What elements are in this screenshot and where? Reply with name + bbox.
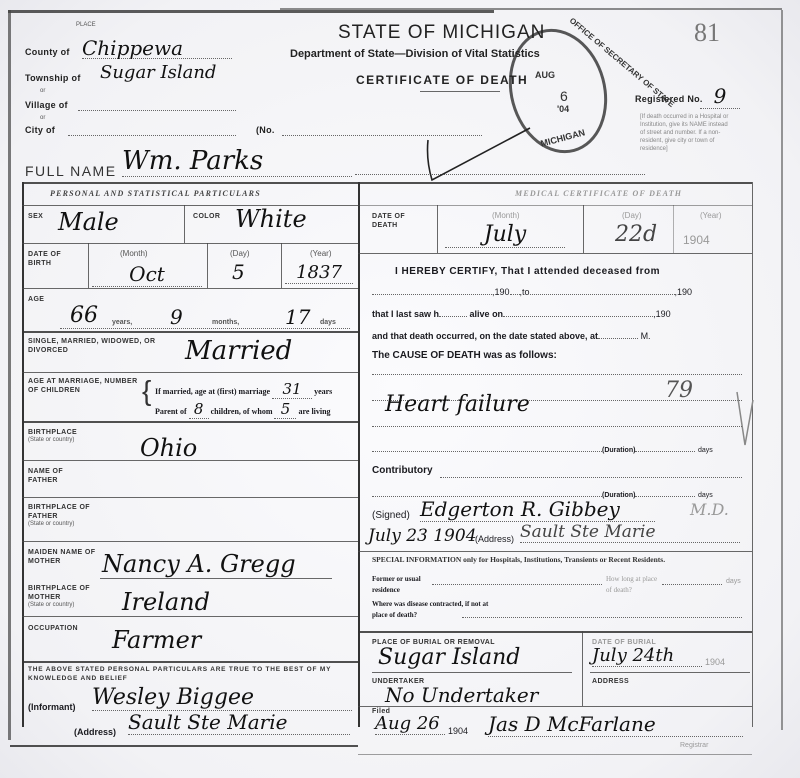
corner-number: 81 [694, 18, 720, 48]
dod-label: DEATH [372, 221, 398, 230]
checkmark-icon [420, 120, 540, 185]
filed-year: 1904 [448, 726, 468, 736]
death-certificate: PLACE County of Chippewa Township of Sug… [0, 0, 800, 778]
rule-v [88, 243, 89, 288]
registered-value: 9 [700, 84, 740, 109]
former-residence-label: Former or usual residence [372, 574, 432, 596]
occupation-value: Farmer [112, 626, 201, 654]
attended-to-field [530, 294, 675, 295]
father-birthplace-value [110, 505, 340, 519]
age-days-label: days [320, 319, 336, 326]
rule [22, 372, 358, 373]
border-top-right [280, 8, 782, 10]
disease-contracted-field [462, 617, 742, 618]
dob-month-label: (Month) [120, 250, 148, 257]
marriage-line1: If married, age at (first) marriage 31 y… [155, 380, 332, 399]
days-label-1: days [698, 447, 713, 454]
age-label: AGE [28, 295, 44, 304]
rule [22, 205, 358, 206]
contributory-label: Contributory [372, 465, 433, 476]
how-long-label: How long at place of death? [606, 574, 661, 596]
father-birthplace-sub: (State or country) [28, 521, 74, 528]
age-days-value: 17 [285, 305, 310, 329]
marital-label: SINGLE, MARRIED, WIDOWED, OR DIVORCED [28, 337, 178, 355]
death-occurred-label: and that death occurred, on the date sta… [372, 331, 598, 341]
informant-address-value: Sault Ste Marie [128, 710, 350, 735]
rule [22, 616, 358, 617]
age-years-label: years, [112, 319, 132, 326]
marriage-line2: Parent of 8 children, of whom 5 are livi… [155, 400, 331, 419]
rule-v [207, 243, 208, 288]
father-birthplace-label: BIRTHPLACE OF FATHER [28, 503, 108, 521]
children-total-value: 8 [189, 400, 209, 419]
marriage-line2-mid: children, of whom [211, 407, 273, 416]
full-name-value: Wm. Parks [122, 146, 352, 177]
sex-label: SEX [28, 212, 43, 221]
birthplace-value: Ohio [140, 434, 197, 462]
full-name-label: FULL NAME [25, 163, 117, 179]
certify-line-2: ,190,to,190 [372, 287, 692, 297]
contributory-field [440, 468, 742, 478]
or-label-1: or [40, 88, 45, 95]
attestation-text: THE ABOVE STATED PERSONAL PARTICULARS AR… [28, 665, 348, 683]
mother-maiden-label: MAIDEN NAME OF MOTHER [28, 548, 108, 566]
rule [22, 421, 358, 423]
alive-on-field [503, 316, 653, 317]
rule [22, 497, 358, 498]
stamp-month: AUG [535, 70, 555, 80]
border-top [8, 10, 494, 13]
signed-date: July 23 1904 [368, 526, 477, 546]
certify-190-c: ,190 [653, 309, 671, 319]
undertaker-value: No Undertaker [385, 683, 538, 707]
certificate-title: CERTIFICATE OF DEATH [356, 73, 528, 87]
cause-code: 79 [665, 378, 693, 403]
rule [358, 631, 752, 633]
city-label: City of [25, 125, 55, 135]
mother-birthplace-value: Ireland [122, 588, 210, 616]
father-name-value [100, 470, 340, 484]
table-right-edge [752, 182, 753, 727]
tick-mark-icon [735, 390, 755, 450]
signed-suffix: M.D. [690, 500, 729, 519]
rule [358, 253, 752, 254]
rule [358, 706, 752, 707]
county-value: Chippewa [82, 36, 232, 59]
place-label: PLACE [76, 22, 96, 29]
dob-year-label: (Year) [310, 250, 332, 257]
signer-address-label: (Address) [475, 534, 514, 544]
how-long-unit: days [726, 578, 741, 585]
children-living-value: 5 [274, 400, 296, 419]
city-field [68, 125, 236, 136]
meridian-label: M. [641, 331, 651, 341]
medical-section-title: MEDICAL CERTIFICATE OF DEATH [515, 189, 682, 198]
marriage-line1-post: years [314, 387, 332, 396]
days-label-2: days [698, 492, 713, 499]
or-label-2: or [40, 115, 45, 122]
rule-v [673, 205, 674, 253]
rule [22, 288, 358, 289]
rule [22, 460, 358, 461]
stamp-day: 6 [560, 88, 568, 104]
registrar-label: Registrar [680, 742, 708, 749]
border-left [8, 10, 11, 740]
dod-year-label: (Year) [700, 212, 722, 219]
rule [22, 541, 358, 542]
border-right [781, 10, 783, 730]
age-dotted [60, 328, 350, 329]
mother-maiden-value: Nancy A. Gregg [102, 550, 296, 578]
rule [590, 672, 750, 673]
mother-birthplace-label: BIRTHPLACE OF MOTHER [28, 584, 108, 602]
personal-section-title: PERSONAL AND STATISTICAL PARTICULARS [50, 189, 261, 198]
certify-line-1: I HEREBY CERTIFY, That I attended deceas… [395, 266, 660, 277]
dod-day-value: 22d [615, 222, 657, 247]
undertaker-address-value [640, 677, 740, 691]
filed-value: Aug 26 [375, 713, 445, 735]
occupation-label: OCCUPATION [28, 624, 78, 633]
dob-day-label: (Day) [230, 250, 250, 257]
table-divider [358, 182, 360, 727]
special-info-label: SPECIAL INFORMATION only for Hospitals, … [372, 555, 665, 564]
rule [22, 243, 358, 244]
attended-from-field [372, 294, 492, 295]
certify-190-a: ,190 [492, 287, 510, 297]
signer-address-value: Sault Ste Marie [520, 522, 740, 543]
dod-year-value: 1904 [683, 233, 710, 247]
cause-of-death-label: The CAUSE OF DEATH was as follows: [372, 350, 557, 361]
rule [372, 672, 572, 673]
burial-date-value: July 24th [592, 645, 702, 667]
rule [358, 551, 752, 552]
undertaker-address-label: ADDRESS [592, 677, 629, 686]
sex-value: Male [58, 208, 119, 236]
age-months-value: 9 [170, 305, 183, 329]
burial-year: 1904 [705, 657, 725, 667]
bottom-rule [10, 745, 358, 747]
certify-line-3: that I last saw h alive on,190 [372, 309, 671, 319]
rule [358, 205, 752, 206]
table-top-rule [22, 182, 752, 184]
table-left-edge [22, 182, 24, 727]
marriage-age-value: 31 [272, 380, 312, 399]
marriage-line2-post: are living [298, 407, 330, 416]
how-long-field [662, 584, 722, 585]
title-rule [420, 91, 500, 92]
department-title: Department of State—Division of Vital St… [290, 48, 540, 60]
township-value: Sugar Island [100, 62, 216, 83]
dod-label-line1: DATE OF [372, 212, 405, 221]
color-value: White [235, 205, 307, 233]
rule [22, 331, 358, 333]
marriage-label: AGE AT MARRIAGE, NUMBER OF CHILDREN [28, 377, 148, 395]
last-saw-label: that I last saw h [372, 309, 439, 319]
duration-row-1: (Duration) days [372, 444, 713, 454]
township-label: Township of [25, 73, 81, 83]
marriage-line2-pre: Parent of [155, 407, 187, 416]
father-name-label: NAME OF FATHER [28, 467, 88, 485]
mother-birthplace-sub: (State or country) [28, 602, 74, 609]
rule-v [583, 205, 584, 253]
street-number-label: (No. [256, 125, 275, 135]
former-residence-field [432, 584, 602, 585]
signed-value: Edgerton R. Gibbey [420, 497, 655, 522]
village-field [78, 100, 236, 111]
stamp-year: '04 [557, 104, 569, 114]
rule [100, 578, 332, 579]
dob-label-line1: DATE OF [28, 250, 61, 259]
color-label: COLOR [193, 212, 220, 221]
informant-label: (Informant) [28, 702, 76, 712]
certify-line-4: and that death occurred, on the date sta… [372, 331, 651, 341]
marriage-line1-pre: If married, age at (first) marriage [155, 387, 270, 396]
dod-month-value: July [445, 222, 565, 248]
marital-value: Married [185, 336, 292, 366]
dod-day-label: (Day) [622, 212, 642, 219]
county-label: County of [25, 47, 70, 57]
age-months-label: months, [212, 319, 239, 326]
rule-v [281, 243, 282, 288]
birthplace-sub: (State or country) [28, 437, 74, 444]
birthplace-label: BIRTHPLACE [28, 428, 77, 437]
certify-to: ,to [520, 287, 530, 297]
rule [22, 661, 358, 663]
rule-v [582, 631, 583, 706]
dob-month-value: Oct [92, 262, 202, 287]
duration-label-1: (Duration) [602, 447, 635, 454]
brace: { [142, 376, 151, 406]
informant-value: Wesley Biggee [92, 685, 352, 711]
signed-label: (Signed) [372, 510, 410, 521]
village-label: Village of [25, 100, 68, 110]
alive-on-label: alive on [470, 309, 504, 319]
dob-day-value: 5 [232, 260, 245, 284]
cause-line-1 [372, 374, 742, 375]
certify-190-b: ,190 [675, 287, 693, 297]
state-title: STATE OF MICHIGAN [338, 22, 545, 44]
dob-label: BIRTH [28, 259, 51, 268]
dob-year-value: 1837 [285, 262, 353, 284]
age-years-value: 66 [70, 303, 98, 328]
informant-address-label: (Address) [74, 727, 116, 737]
cause-value: Heart failure [385, 392, 530, 417]
registrar-signature: Jas D McFarlane [488, 712, 743, 737]
rule-v [184, 205, 185, 243]
rule-v [437, 205, 438, 253]
burial-place-value: Sugar Island [378, 645, 520, 670]
hospital-note: [If death occurred in a Hospital or Inst… [640, 113, 732, 153]
bottom-rule-right [358, 754, 752, 755]
dod-month-label: (Month) [492, 212, 520, 219]
cause-line-3 [372, 426, 742, 427]
